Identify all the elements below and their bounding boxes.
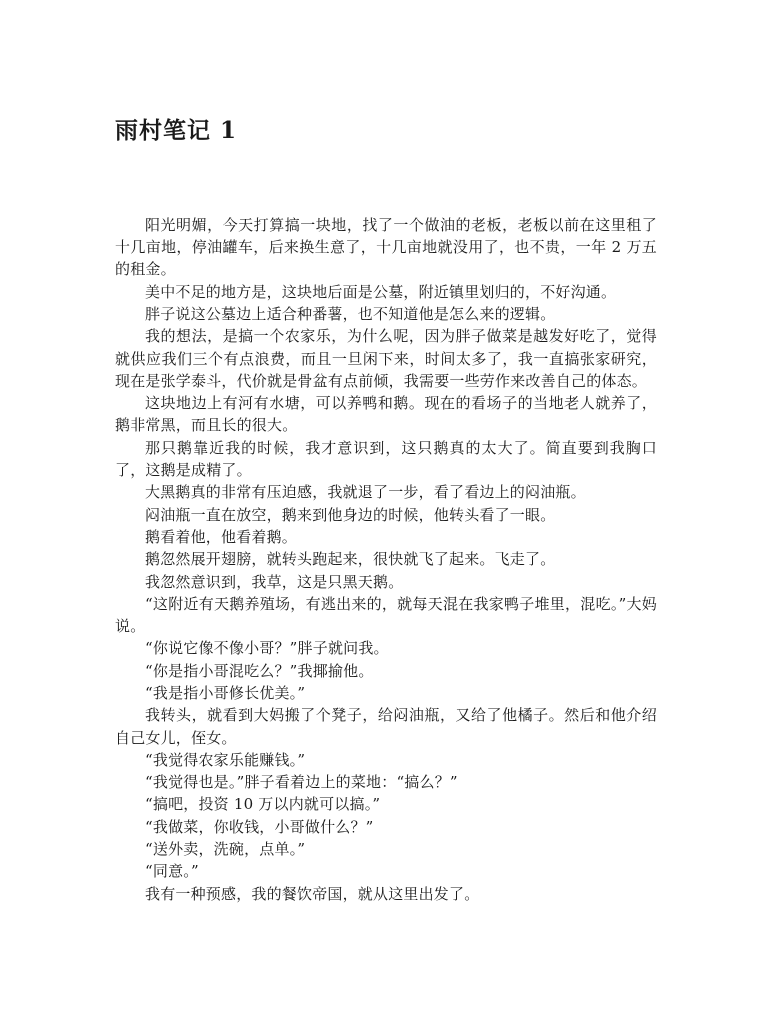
paragraph: 我忽然意识到，我草，这是只黑天鹅。 <box>115 571 657 593</box>
paragraph: 我有一种预感，我的餐饮帝国，就从这里出发了。 <box>115 883 657 905</box>
paragraph: “我觉得农家乐能赚钱。” <box>115 749 657 771</box>
paragraph: 美中不足的地方是，这块地后面是公墓，附近镇里划归的，不好沟通。 <box>115 281 657 303</box>
paragraph: “我觉得也是。”胖子看着边上的菜地：“搞么？” <box>115 771 657 793</box>
document-page: 雨村笔记 1 阳光明媚，今天打算搞一块地，找了一个做油的老板，老板以前在这里租了… <box>0 0 768 1024</box>
paragraph: 那只鹅靠近我的时候，我才意识到，这只鹅真的太大了。简直要到我胸口了，这鹅是成精了… <box>115 437 657 482</box>
paragraph: 大黑鹅真的非常有压迫感，我就退了一步，看了看边上的闷油瓶。 <box>115 481 657 503</box>
paragraph: 鹅忽然展开翅膀，就转头跑起来，很快就飞了起来。飞走了。 <box>115 548 657 570</box>
paragraph: “送外卖，洗碗，点单。” <box>115 838 657 860</box>
paragraph: 这块地边上有河有水塘，可以养鸭和鹅。现在的看场子的当地老人就养了，鹅非常黑，而且… <box>115 392 657 437</box>
paragraph: “你说它像不像小哥？”胖子就问我。 <box>115 637 657 659</box>
paragraph: 鹅看着他，他看着鹅。 <box>115 526 657 548</box>
paragraph: 我转头，就看到大妈搬了个凳子，给闷油瓶，又给了他橘子。然后和他介绍自己女儿，侄女… <box>115 704 657 749</box>
paragraph: “你是指小哥混吃么？”我揶揄他。 <box>115 660 657 682</box>
paragraph: 胖子说这公墓边上适合种番薯，也不知道他是怎么来的逻辑。 <box>115 303 657 325</box>
document-body: 阳光明媚，今天打算搞一块地，找了一个做油的老板，老板以前在这里租了十几亩地，停油… <box>115 214 657 905</box>
page-title: 雨村笔记 1 <box>115 117 657 146</box>
paragraph: 阳光明媚，今天打算搞一块地，找了一个做油的老板，老板以前在这里租了十几亩地，停油… <box>115 214 657 281</box>
paragraph: “我是指小哥修长优美。” <box>115 682 657 704</box>
paragraph: “同意。” <box>115 860 657 882</box>
paragraph: 闷油瓶一直在放空，鹅来到他身边的时候，他转头看了一眼。 <box>115 504 657 526</box>
paragraph: “我做菜，你收钱，小哥做什么？” <box>115 816 657 838</box>
paragraph: 我的想法，是搞一个农家乐，为什么呢，因为胖子做菜是越发好吃了，觉得就供应我们三个… <box>115 325 657 392</box>
paragraph: “这附近有天鹅养殖场，有逃出来的，就每天混在我家鸭子堆里，混吃。”大妈说。 <box>115 593 657 638</box>
paragraph: “搞吧，投资 10 万以内就可以搞。” <box>115 793 657 815</box>
